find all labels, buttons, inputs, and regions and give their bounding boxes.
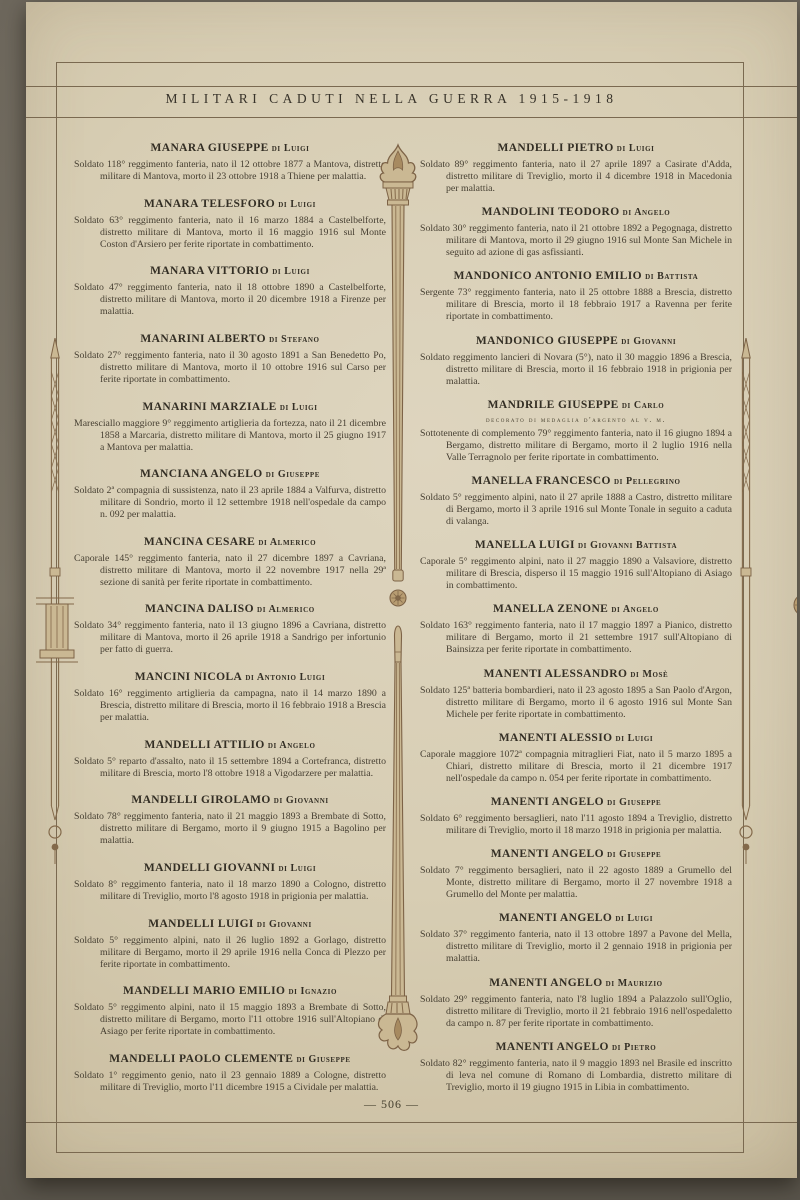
soldier-record-text: Soldato 78° reggimento fanteria, nato il… — [74, 811, 386, 847]
soldier-record-text: Maresciallo maggiore 9° reggimento artig… — [74, 418, 386, 454]
soldier-record-text: Soldato 5° reggimento alpini, nato il 15… — [74, 1002, 386, 1038]
soldier-entry: MANDELLI PAOLO CLEMENTE di GiuseppeSolda… — [74, 1053, 386, 1094]
soldier-name-heading: MANDELLI GIROLAMO di Giovanni — [74, 794, 386, 806]
soldier-surname: MANELLA ZENONE — [493, 603, 608, 615]
soldier-surname: MANCINA CESARE — [144, 536, 255, 548]
soldier-entry: MANDELLI MARIO EMILIO di IgnazioSoldato … — [74, 985, 386, 1038]
soldier-filiation: di Pellegrino — [611, 476, 681, 487]
soldier-entry: MANELLA LUIGI di Giovanni BattistaCapora… — [420, 539, 732, 592]
soldier-entry: MANCINA CESARE di AlmericoCaporale 145° … — [74, 536, 386, 589]
soldier-name-heading: MANELLA FRANCESCO di Pellegrino — [420, 475, 732, 487]
soldier-filiation: di Luigi — [275, 863, 316, 874]
soldier-entry: MANDRILE GIUSEPPE di Carlodecorato di me… — [420, 399, 732, 464]
soldier-name-heading: MANDELLI LUIGI di Giovanni — [74, 918, 386, 930]
soldier-record-text: Soldato 34° reggimento fanteria, nato il… — [74, 620, 386, 656]
soldier-record-text: Soldato 27° reggimento fanteria, nato il… — [74, 350, 386, 386]
soldier-filiation: di Giovanni — [254, 919, 312, 930]
soldier-record-text: Caporale maggiore 1072ª compagnia mitrag… — [420, 749, 732, 785]
soldier-entry: MANENTI ANGELO di MaurizioSoldato 29° re… — [420, 977, 732, 1030]
soldier-name-heading: MANDELLI GIOVANNI di Luigi — [74, 862, 386, 874]
soldier-record-text: Soldato 8° reggimento fanteria, nato il … — [74, 879, 386, 903]
soldier-entry: MANDOLINI TEODORO di AngeloSoldato 30° r… — [420, 206, 732, 259]
soldier-surname: MANDELLI MARIO EMILIO — [123, 985, 285, 997]
soldier-surname: MANENTI ALESSANDRO — [484, 668, 628, 680]
soldier-record-text: Soldato 118° reggimento fanteria, nato i… — [74, 159, 386, 183]
soldier-entry: MANENTI ALESSIO di LuigiCaporale maggior… — [420, 732, 732, 785]
soldier-surname: MANDELLI PIETRO — [497, 142, 613, 154]
soldier-entry: MANDELLI ATTILIO di AngeloSoldato 5° rep… — [74, 739, 386, 780]
soldier-name-heading: MANENTI ANGELO di Giuseppe — [420, 848, 732, 860]
soldier-filiation: di Luigi — [277, 402, 318, 413]
soldier-surname: MANARINI ALBERTO — [140, 333, 266, 345]
soldier-filiation: di Mosè — [627, 669, 668, 680]
soldier-record-text: Caporale 145° reggimento fanteria, nato … — [74, 553, 386, 589]
soldier-name-heading: MANCINA DALISO di Almerico — [74, 603, 386, 615]
soldier-entry: MANENTI ANGELO di LuigiSoldato 37° reggi… — [420, 912, 732, 965]
soldier-entry: MANCINI NICOLA di Antonio LuigiSoldato 1… — [74, 671, 386, 724]
soldier-name-heading: MANELLA LUIGI di Giovanni Battista — [420, 539, 732, 551]
soldier-filiation: di Battista — [642, 271, 698, 282]
pedestal-fragment-icon — [34, 590, 86, 670]
soldier-entry: MANDELLI GIOVANNI di LuigiSoldato 8° reg… — [74, 862, 386, 903]
soldier-surname: MANDONICO ANTONIO EMILIO — [454, 270, 642, 282]
torch-column-up-icon — [374, 142, 422, 612]
soldier-record-text: Soldato 37° reggimento fanteria, nato il… — [420, 929, 732, 965]
soldier-entry: MANENTI ANGELO di GiuseppeSoldato 7° reg… — [420, 848, 732, 901]
soldier-filiation: di Luigi — [269, 266, 310, 277]
soldier-filiation: di Giuseppe — [293, 1054, 350, 1065]
soldier-record-text: Soldato 5° reggimento alpini, nato il 26… — [74, 935, 386, 971]
left-column: MANARA GIUSEPPE di LuigiSoldato 118° reg… — [74, 142, 386, 1094]
soldier-filiation: di Giuseppe — [604, 849, 661, 860]
soldier-record-text: Soldato 6° reggimento bersaglieri, nato … — [420, 813, 732, 837]
soldier-name-heading: MANDONICO GIUSEPPE di Giovanni — [420, 335, 732, 347]
soldier-entry: MANELLA FRANCESCO di PellegrinoSoldato 5… — [420, 475, 732, 528]
soldier-name-heading: MANDONICO ANTONIO EMILIO di Battista — [420, 270, 732, 282]
soldier-surname: MANDELLI PAOLO CLEMENTE — [109, 1053, 293, 1065]
soldier-name-heading: MANARINI ALBERTO di Stefano — [74, 333, 386, 345]
rosette-fragment-icon — [781, 588, 797, 622]
soldier-name-heading: MANARA TELESFORO di Luigi — [74, 198, 386, 210]
soldier-record-text: Soldato 29° reggimento fanteria, nato l'… — [420, 994, 732, 1030]
soldier-record-text: Soldato 82° reggimento fanteria, nato il… — [420, 1058, 732, 1094]
soldier-filiation: di Antonio Luigi — [242, 672, 325, 683]
soldier-record-text: Soldato 7° reggimento bersaglieri, nato … — [420, 865, 732, 901]
soldier-name-heading: MANENTI ANGELO di Maurizio — [420, 977, 732, 989]
soldier-name-heading: MANENTI ALESSIO di Luigi — [420, 732, 732, 744]
soldier-record-text: Soldato 30° reggimento fanteria, nato il… — [420, 223, 732, 259]
soldier-name-heading: MANDRILE GIUSEPPE di Carlo — [420, 399, 732, 411]
soldier-entry: MANCIANA ANGELO di GiuseppeSoldato 2ª co… — [74, 468, 386, 521]
soldier-entry: MANARINI ALBERTO di StefanoSoldato 27° r… — [74, 333, 386, 386]
soldier-record-text: Soldato 125ª batteria bombardieri, nato … — [420, 685, 732, 721]
soldier-surname: MANDELLI ATTILIO — [145, 739, 265, 751]
page-number: — 506 — — [26, 1097, 757, 1112]
soldier-surname: MANENTI ANGELO — [491, 796, 604, 808]
soldier-record-text: Soldato 1° reggimento genio, nato il 23 … — [74, 1070, 386, 1094]
soldier-surname: MANELLA FRANCESCO — [471, 475, 610, 487]
soldier-name-heading: MANARINI MARZIALE di Luigi — [74, 401, 386, 413]
soldier-filiation: di Luigi — [612, 733, 653, 744]
soldier-surname: MANELLA LUIGI — [475, 539, 575, 551]
soldier-name-heading: MANDELLI MARIO EMILIO di Ignazio — [74, 985, 386, 997]
soldier-record-text: Soldato 2ª compagnia di sussistenza, nat… — [74, 485, 386, 521]
soldier-surname: MANARA TELESFORO — [144, 198, 275, 210]
soldier-filiation: di Luigi — [275, 199, 316, 210]
soldier-name-heading: MANARA GIUSEPPE di Luigi — [74, 142, 386, 154]
soldier-filiation: di Giovanni — [618, 336, 676, 347]
soldier-entry: MANELLA ZENONE di AngeloSoldato 163° reg… — [420, 603, 732, 656]
soldier-name-heading: MANENTI ANGELO di Pietro — [420, 1041, 732, 1053]
soldier-filiation: di Angelo — [265, 740, 316, 751]
soldier-filiation: di Giovanni — [271, 795, 329, 806]
bayonet-ornament-icon — [737, 338, 755, 864]
soldier-surname: MANDONICO GIUSEPPE — [476, 335, 618, 347]
soldier-entry: MANDELLI LUIGI di GiovanniSoldato 5° reg… — [74, 918, 386, 971]
soldier-entry: MANCINA DALISO di AlmericoSoldato 34° re… — [74, 603, 386, 656]
soldier-entry: MANENTI ALESSANDRO di MosèSoldato 125ª b… — [420, 668, 732, 721]
soldier-surname: MANDELLI LUIGI — [148, 918, 254, 930]
soldier-name-heading: MANENTI ANGELO di Luigi — [420, 912, 732, 924]
right-column: MANDELLI PIETRO di LuigiSoldato 89° regg… — [420, 142, 732, 1094]
soldier-surname: MANARA VITTORIO — [150, 265, 269, 277]
soldier-filiation: di Angelo — [608, 604, 659, 615]
soldier-record-text: Sergente 73° reggimento fanteria, nato i… — [420, 287, 732, 323]
soldier-filiation: di Pietro — [609, 1042, 656, 1053]
header-rule-top — [26, 86, 797, 87]
header-rule-bottom — [26, 117, 797, 118]
soldier-name-heading: MANENTI ANGELO di Giuseppe — [420, 796, 732, 808]
soldier-filiation: di Giuseppe — [604, 797, 661, 808]
soldier-surname: MANCIANA ANGELO — [140, 468, 263, 480]
soldier-surname: MANENTI ALESSIO — [499, 732, 613, 744]
soldier-surname: MANARA GIUSEPPE — [151, 142, 269, 154]
soldier-entry: MANARINI MARZIALE di LuigiMaresciallo ma… — [74, 401, 386, 454]
soldier-filiation: di Giuseppe — [263, 469, 320, 480]
soldier-surname: MANDELLI GIOVANNI — [144, 862, 276, 874]
soldier-filiation: di Almerico — [254, 604, 315, 615]
soldier-entry: MANDONICO GIUSEPPE di GiovanniSoldato re… — [420, 335, 732, 388]
soldier-filiation: di Luigi — [614, 143, 655, 154]
soldier-record-text: Soldato 89° reggimento fanteria, nato il… — [420, 159, 732, 195]
soldier-surname: MANDRILE GIUSEPPE — [488, 399, 619, 411]
soldier-surname: MANDELLI GIROLAMO — [131, 794, 270, 806]
soldier-name-heading: MANELLA ZENONE di Angelo — [420, 603, 732, 615]
soldier-filiation: di Luigi — [612, 913, 653, 924]
soldier-surname: MANENTI ANGELO — [489, 977, 602, 989]
soldier-name-heading: MANCIANA ANGELO di Giuseppe — [74, 468, 386, 480]
soldier-entry: MANARA VITTORIO di LuigiSoldato 47° regg… — [74, 265, 386, 318]
soldier-name-heading: MANCINA CESARE di Almerico — [74, 536, 386, 548]
soldier-surname: MANENTI ANGELO — [491, 848, 604, 860]
soldier-filiation: di Carlo — [619, 400, 665, 411]
soldier-surname: MANARINI MARZIALE — [142, 401, 276, 413]
decoration-line: decorato di medaglia d'argento al v. m. — [420, 415, 732, 424]
soldier-name-heading: MANDOLINI TEODORO di Angelo — [420, 206, 732, 218]
page-title: MILITARI CADUTI NELLA GUERRA 1915-1918 — [26, 91, 757, 107]
soldier-entry: MANDELLI GIROLAMO di GiovanniSoldato 78°… — [74, 794, 386, 847]
soldier-record-text: Soldato 47° reggimento fanteria, nato il… — [74, 282, 386, 318]
soldier-name-heading: MANDELLI ATTILIO di Angelo — [74, 739, 386, 751]
soldier-entry: MANENTI ANGELO di GiuseppeSoldato 6° reg… — [420, 796, 732, 837]
soldier-filiation: di Luigi — [269, 143, 310, 154]
soldier-surname: MANENTI ANGELO — [496, 1041, 609, 1053]
soldier-entry: MANENTI ANGELO di PietroSoldato 82° regg… — [420, 1041, 732, 1094]
soldier-surname: MANENTI ANGELO — [499, 912, 612, 924]
soldier-filiation: di Ignazio — [285, 986, 337, 997]
soldier-entry: MANDELLI PIETRO di LuigiSoldato 89° regg… — [420, 142, 732, 195]
soldier-entry: MANDONICO ANTONIO EMILIO di BattistaSerg… — [420, 270, 732, 323]
soldier-record-text: Sottotenente di complemento 79° reggimen… — [420, 428, 732, 464]
soldier-name-heading: MANDELLI PIETRO di Luigi — [420, 142, 732, 154]
soldier-name-heading: MANENTI ALESSANDRO di Mosè — [420, 668, 732, 680]
soldier-record-text: Soldato 16° reggimento artiglieria da ca… — [74, 688, 386, 724]
soldier-record-text: Soldato 63° reggimento fanteria, nato il… — [74, 215, 386, 251]
book-page: MILITARI CADUTI NELLA GUERRA 1915-1918 M… — [26, 2, 797, 1178]
soldier-name-heading: MANCINI NICOLA di Antonio Luigi — [74, 671, 386, 683]
footer-rule — [26, 1122, 797, 1123]
soldier-filiation: di Giovanni Battista — [575, 540, 677, 551]
soldier-surname: MANCINA DALISO — [145, 603, 254, 615]
soldier-record-text: Caporale 5° reggimento alpini, nato il 2… — [420, 556, 732, 592]
soldier-surname: MANCINI NICOLA — [135, 671, 243, 683]
soldier-entry: MANARA GIUSEPPE di LuigiSoldato 118° reg… — [74, 142, 386, 183]
soldier-filiation: di Maurizio — [603, 978, 663, 989]
soldier-record-text: Soldato reggimento lancieri di Novara (5… — [420, 352, 732, 388]
soldier-record-text: Soldato 5° reggimento alpini, nato il 27… — [420, 492, 732, 528]
soldier-filiation: di Almerico — [255, 537, 316, 548]
soldier-surname: MANDOLINI TEODORO — [482, 206, 620, 218]
soldier-name-heading: MANDELLI PAOLO CLEMENTE di Giuseppe — [74, 1053, 386, 1065]
soldier-record-text: Soldato 5° reparto d'assalto, nato il 15… — [74, 756, 386, 780]
torch-column-down-icon — [374, 624, 422, 1066]
soldier-entry: MANARA TELESFORO di LuigiSoldato 63° reg… — [74, 198, 386, 251]
soldier-name-heading: MANARA VITTORIO di Luigi — [74, 265, 386, 277]
soldier-filiation: di Stefano — [266, 334, 320, 345]
soldier-record-text: Soldato 163° reggimento fanteria, nato i… — [420, 620, 732, 656]
soldier-filiation: di Angelo — [620, 207, 671, 218]
